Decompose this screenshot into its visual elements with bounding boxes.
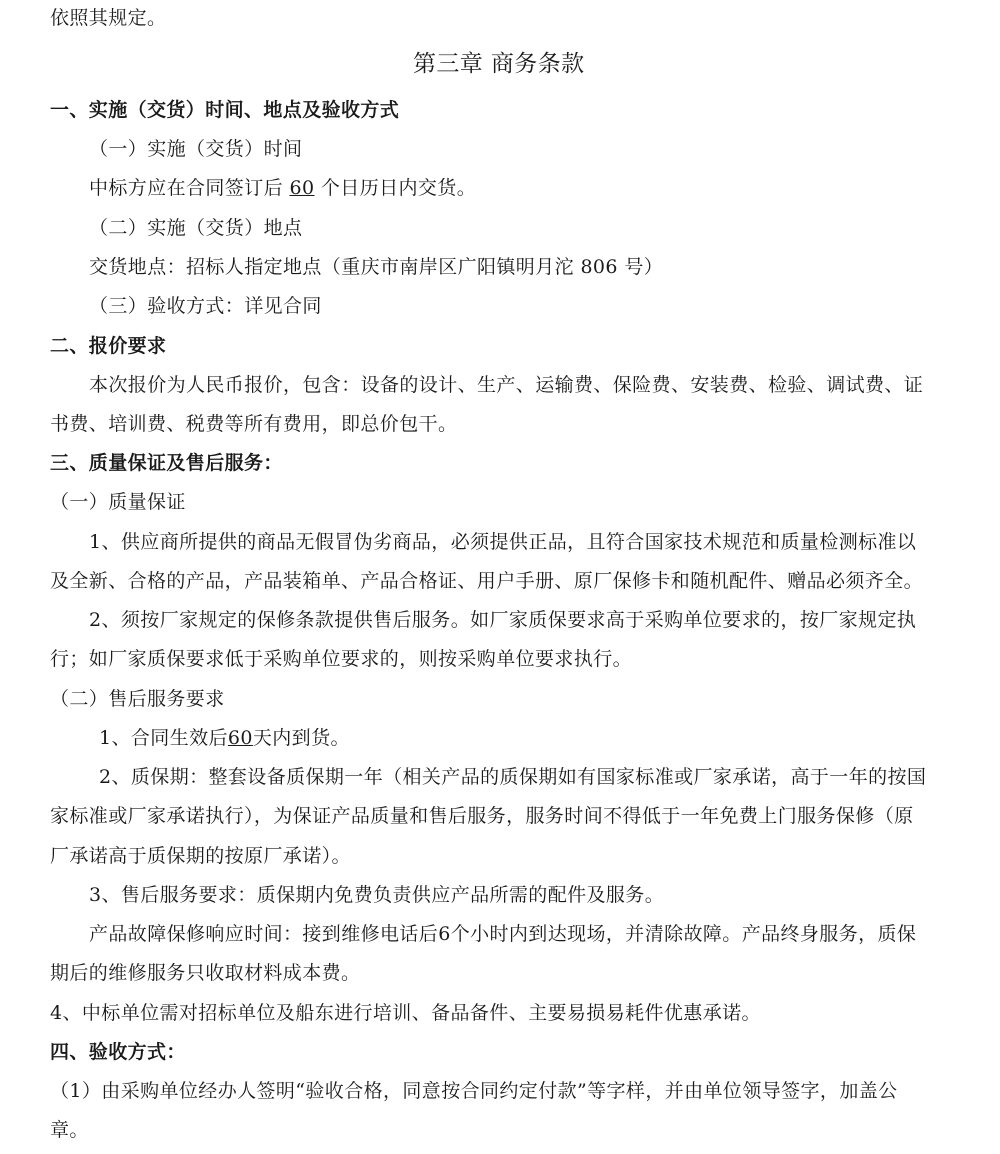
section1-sub2-heading: （二）实施（交货）地点: [89, 216, 302, 240]
quality-item2-line1: 2、须按厂家规定的保修条款提供售后服务。如厂家质保要求高于采购单位要求的，按厂家…: [89, 608, 916, 632]
chapter-title: 第三章 商务条款: [413, 52, 585, 76]
section2-line1: 本次报价为人民币报价，包含：设备的设计、生产、运输费、保险费、安装费、检验、调试…: [89, 373, 923, 397]
service-item2-line1: 2、质保期：整套设备质保期一年（相关产品的质保期如有国家标准或厂家承诺，高于一年…: [99, 765, 926, 789]
section3-sub1-heading: （一）质量保证: [50, 490, 186, 514]
section3-sub2-heading: （二）售后服务要求: [50, 687, 225, 711]
service-item1: 1、合同生效后60天内到货。: [99, 726, 350, 750]
section1-sub1-text: 中标方应在合同签订后 60 个日历日内交货。: [89, 176, 476, 200]
service-item1-pre: 1、合同生效后: [99, 727, 228, 749]
service-item2-line3: 厂承诺高于质保期的按原厂承诺）。: [50, 844, 351, 868]
quality-item2-line2: 行；如厂家质保要求低于采购单位要求的，则按采购单位要求执行。: [50, 647, 632, 671]
delivery-text-post: 个日历日内交货。: [321, 177, 476, 199]
service-item1-post: 天内到货。: [253, 727, 350, 749]
quality-item1-line1: 1、供应商所提供的商品无假冒伪劣商品，必须提供正品，且符合国家技术规范和质量检测…: [89, 530, 916, 554]
section4-line2: 章。: [50, 1118, 89, 1142]
service-item3: 3、售后服务要求：质保期内免费负责供应产品所需的配件及服务。: [89, 883, 664, 907]
section1-sub2-text: 交货地点：招标人指定地点（重庆市南岸区广阳镇明月沱 806 号）: [89, 255, 663, 279]
section4-line1: （1）由采购单位经办人签明“验收合格，同意按合同约定付款”等字样，并由单位领导签…: [50, 1079, 898, 1103]
quality-item1-line2: 及全新、合格的产品，产品装箱单、产品合格证、用户手册、原厂保修卡和随机配件、赠品…: [50, 569, 923, 593]
response-time-line2: 期后的维修服务只收取材料成本费。: [50, 961, 360, 985]
delivery-days: 60: [289, 177, 314, 199]
service-item1-days: 60: [228, 727, 253, 749]
section1-heading: 一、实施（交货）时间、地点及验收方式: [50, 98, 399, 122]
service-item4: 4、中标单位需对招标单位及船东进行培训、备品备件、主要易损易耗件优惠承诺。: [50, 1001, 761, 1025]
section1-sub1-heading: （一）实施（交货）时间: [89, 137, 302, 161]
delivery-text-pre: 中标方应在合同签订后: [89, 177, 283, 199]
section4-heading: 四、验收方式：: [50, 1040, 186, 1064]
service-item2-line2: 家标准或厂家承诺执行），为保证产品质量和售后服务，服务时间不得低于一年免费上门服…: [50, 804, 914, 828]
response-time-line1: 产品故障保修响应时间：接到维修电话后6个小时内到达现场，并清除故障。产品终身服务…: [89, 922, 916, 946]
section2-line2: 书费、培训费、税费等所有费用，即总价包干。: [50, 412, 457, 436]
section2-heading: 二、报价要求: [50, 334, 166, 358]
section1-sub3-heading: （三）验收方式：详见合同: [89, 294, 322, 318]
intro-tail-text: 依照其规定。: [50, 6, 166, 30]
section3-heading: 三、质量保证及售后服务：: [50, 451, 283, 475]
